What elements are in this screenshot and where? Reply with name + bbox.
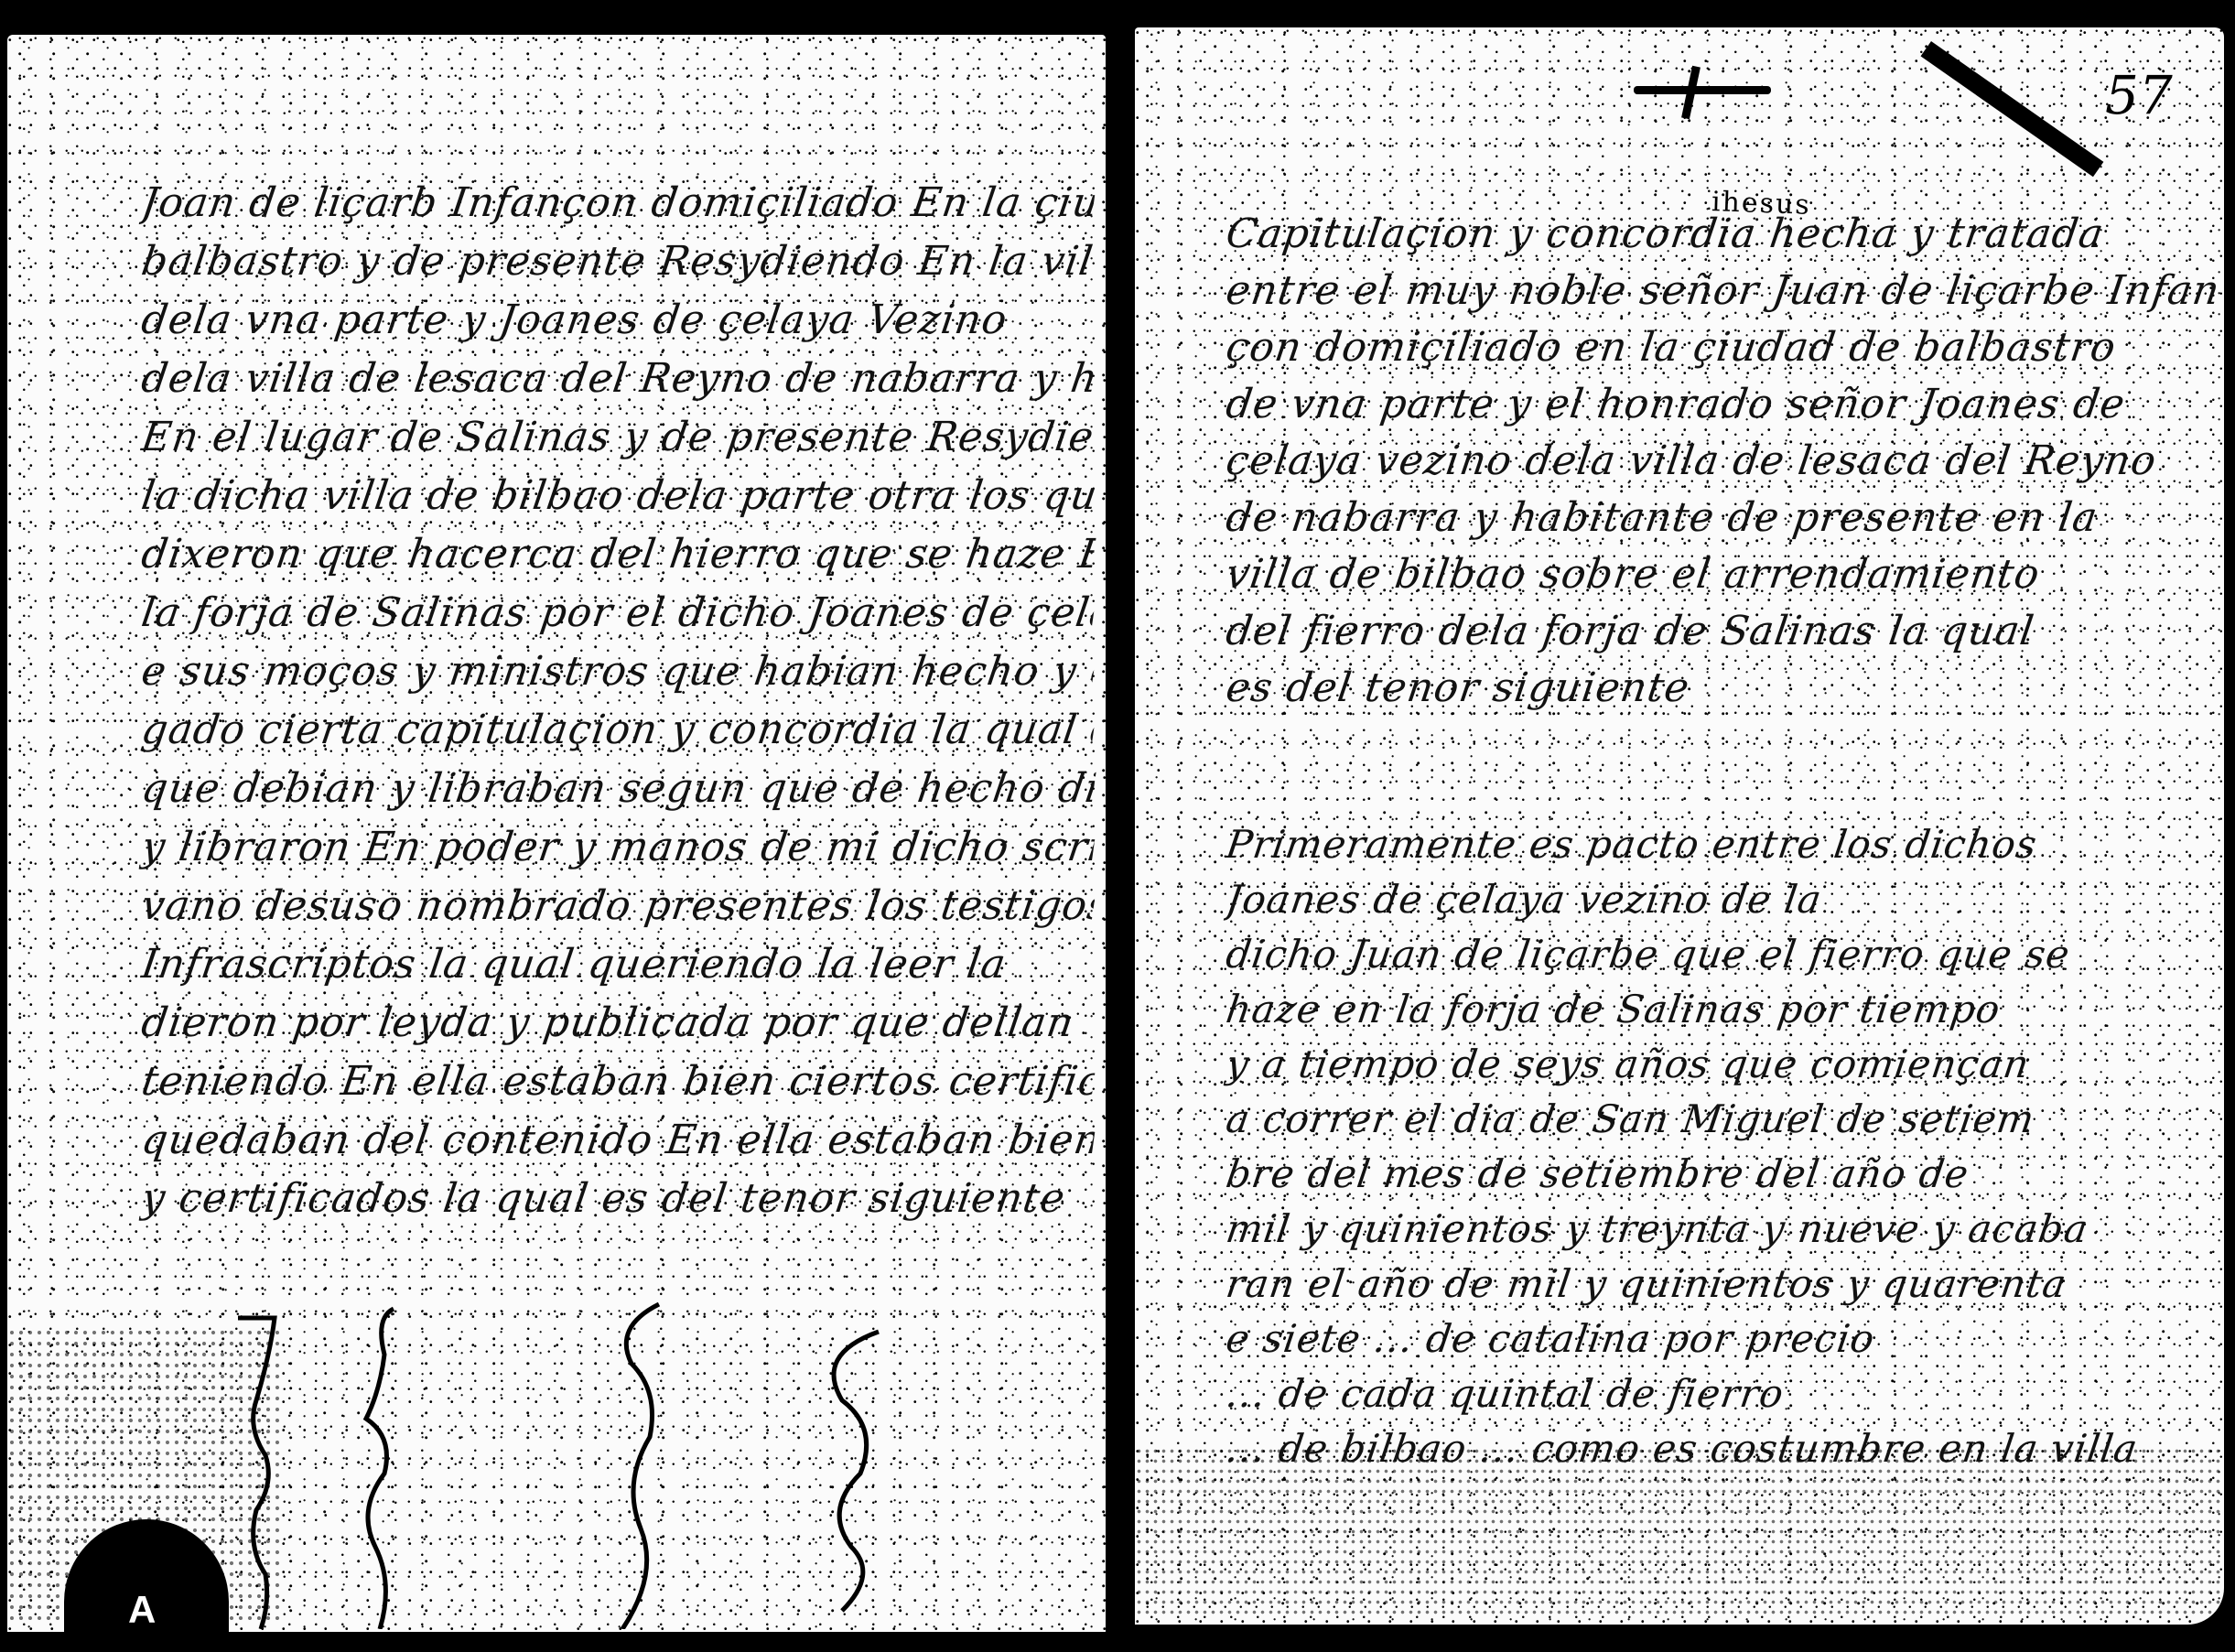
folio-number: 57 <box>2105 64 2173 126</box>
manuscript-spread: Joan de liçarb Infançon domiçiliado En l… <box>0 0 2235 1652</box>
body-line: Joanes de çelaya vezino de la <box>1223 872 2228 927</box>
body-line: ... de bilbao ... como es costumbre en l… <box>1223 1421 2228 1476</box>
text-line: la forja de Salinas por el dicho Joanes … <box>138 584 1098 642</box>
text-line: balbastro y de presente Resydiendo En la… <box>138 232 1098 291</box>
body-line: bre del mes de setiembre del año de <box>1223 1147 2228 1202</box>
body-line: ... de cada quintal de fierro <box>1223 1366 2228 1421</box>
section-gap <box>1226 717 2224 817</box>
heading-line: de vna parte y el honrado señor Joanes d… <box>1223 376 2229 433</box>
heading-line: çelaya vezino dela villa de lesaca del R… <box>1223 433 2229 490</box>
text-line: dixeron que hacerca del hierro que se ha… <box>138 525 1098 584</box>
body-line: mil y quinientos y treynta y nueve y aca… <box>1223 1202 2228 1257</box>
text-line: Joan de liçarb Infançon domiçiliado En l… <box>138 174 1098 232</box>
flourish-icon <box>238 1318 275 1629</box>
flourish-icon <box>834 1332 879 1611</box>
flourish-icon <box>622 1304 659 1629</box>
text-line: e sus moços y ministros que habian hecho… <box>138 642 1098 701</box>
text-line: gado cierta capitulaçion y concordia la … <box>138 701 1098 760</box>
text-line: que debian y libraban segun que de hecho… <box>138 760 1098 818</box>
heading-line: çon domiçiliado en la çiudad de balbastr… <box>1223 319 2229 376</box>
flourish-icon <box>366 1309 394 1629</box>
body-line: haze en la forja de Salinas por tiempo <box>1223 982 2228 1037</box>
text-line: y libraron En poder y manos de mi dicho … <box>138 818 1098 877</box>
text-line: dela vna parte y Joanes de çelaya Vezino <box>138 291 1098 350</box>
heading-line: es del tenor siguiente <box>1223 660 2229 717</box>
heading-line: villa de bilbao sobre el arrendamiento <box>1223 546 2229 603</box>
body-line: a correr el dia de San Miguel de setiem <box>1223 1092 2228 1147</box>
text-line: En el lugar de Salinas y de presente Res… <box>138 408 1098 467</box>
heading-line: del fierro dela forja de Salinas la qual <box>1223 603 2229 660</box>
text-line: quedaban del contenido En ella estaban b… <box>138 1111 1098 1170</box>
body-line: dicho Juan de liçarbe que el fierro que … <box>1223 927 2228 982</box>
heading-line: Capitulaçion y concordia hecha y tratada <box>1223 206 2229 263</box>
text-line: dela villa de lesaca del Reyno de nabarr… <box>138 350 1098 408</box>
stamp-letter: A <box>128 1588 156 1632</box>
body-line: Primeramente es pacto entre los dichos <box>1223 817 2228 872</box>
closing-flourishes <box>183 1300 1098 1629</box>
heading-line: de nabarra y habitante de presente en la <box>1223 490 2229 546</box>
text-line: la dicha villa de bilbao dela parte otra… <box>138 467 1098 525</box>
text-line: y certificados la qual es del tenor sigu… <box>138 1170 1098 1228</box>
book-gutter <box>1106 0 1135 1652</box>
body-line: e siete ... de catalina por precio <box>1223 1312 2228 1366</box>
body-line: ran el año de mil y quinientos y quarent… <box>1223 1257 2228 1312</box>
left-page-text: Joan de liçarb Infançon domiçiliado En l… <box>142 174 1094 1228</box>
text-line: Infrascriptos la qual queriendo la leer … <box>138 935 1098 994</box>
right-page-text: Capitulaçion y concordia hecha y tratada… <box>1226 206 2224 1476</box>
text-line: teniendo En ella estaban bien ciertos ce… <box>138 1053 1098 1111</box>
text-line: dieron por leyda y publicada por que del… <box>138 994 1098 1053</box>
heading-line: entre el muy noble señor Juan de liçarbe… <box>1223 263 2229 319</box>
body-line: y a tiempo de seys años que comiençan <box>1223 1037 2228 1092</box>
text-line: vano desuso nombrado presentes los testi… <box>138 877 1098 935</box>
